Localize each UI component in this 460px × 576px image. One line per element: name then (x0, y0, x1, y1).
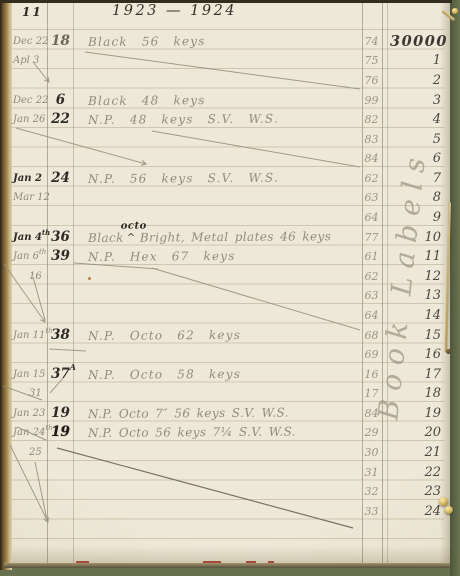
ledger-row: Jan 24th19N.P. Octo 56 keys 7¼ S.V. W.S.… (0, 424, 460, 443)
entry-date-text: Jan 26 (13, 114, 45, 125)
entry-description: N.P. Octo 7″ 56 keys S.V. W.S. (88, 404, 362, 423)
tally-number: 22 (389, 464, 445, 481)
entry-date-text: Dec 22 (13, 95, 48, 106)
entry-item-number-text: 36 (51, 229, 70, 245)
entry-item-number: 39 (48, 248, 73, 265)
tally-number: 14 (389, 307, 445, 324)
entry-date: Jan 15 (13, 366, 49, 383)
tally-number: 13 (389, 287, 445, 304)
entry-description: N.P. 56 keys S.V. W.S. (88, 169, 362, 188)
serial-number: 16 (361, 366, 382, 383)
tally-number: 4 (389, 111, 445, 128)
serial-number: 74 (361, 33, 382, 50)
entry-description-text: N.P. Octo 7″ 56 keys S.V. W.S. (88, 405, 289, 420)
entry-description: N.P. Octo 58 keys (88, 365, 362, 384)
entry-date: Jan 11th (13, 327, 49, 345)
stain-dot (88, 277, 91, 280)
serial-number: 64 (361, 307, 382, 324)
ledger-row: 3223 (0, 483, 460, 502)
ball-pin (439, 497, 448, 506)
entry-description: Black 48 keys (88, 91, 362, 110)
serial-number: 30 (361, 444, 382, 461)
serial-number: 31 (361, 464, 382, 481)
entry-date: Jan 23 (13, 405, 49, 422)
entry-item-number-text: 22 (51, 111, 70, 127)
entry-date: 16 (13, 268, 65, 285)
entry-date-ordinal: th (39, 248, 46, 256)
entry-date-text: 16 (29, 271, 42, 282)
serial-number: 75 (361, 52, 382, 69)
serial-number: 84 (361, 150, 382, 167)
page-top-edge (0, 0, 452, 3)
serial-number: 83 (361, 131, 382, 148)
serial-number: 68 (361, 327, 382, 344)
ledger-row: 311718 (0, 385, 460, 404)
tally-number: 6 (389, 150, 445, 167)
entry-date: Dec 22 (13, 92, 49, 109)
entry-description: N.P. Octo 62 keys (88, 326, 362, 345)
entry-item-number: 19 (48, 405, 73, 422)
entry-item-number: 6 (48, 92, 73, 109)
ledger-row: 762 (0, 72, 460, 91)
tally-number: 30000 (389, 33, 442, 50)
entry-date: Jan 4th (13, 229, 49, 246)
serial-number: 29 (361, 424, 382, 441)
tally-number: 3 (389, 92, 445, 109)
entry-item-correction: A (70, 359, 76, 376)
entry-item-number: 19 (48, 424, 73, 441)
entry-item-number: 18 (48, 33, 73, 50)
tally-number: 24 (389, 503, 445, 520)
entry-item-number: 38 (48, 327, 73, 344)
entry-item-number-text: 39 (51, 248, 70, 264)
entry-date-text: Jan 23 (13, 408, 45, 419)
ledger-row: Jan 224N.P. 56 keys S.V. W.S.627 (0, 170, 460, 189)
entry-description: N.P. 48 keys S.V. W.S. (88, 110, 362, 129)
entry-description: N.P. Hex 67 keys (88, 247, 362, 266)
entry-description-text: Black 48 keys (88, 93, 206, 108)
serial-number: 77 (361, 229, 382, 246)
entry-description-text: N.P. Octo 62 keys (88, 327, 241, 342)
entry-date-text: Dec 22 (13, 36, 48, 47)
tally-number: 10 (389, 229, 445, 246)
tally-number: 11 (389, 248, 445, 265)
ledger-row: Jan 11th38N.P. Octo 62 keys6815 (0, 327, 460, 346)
entry-description-text: N.P. 56 keys S.V. W.S. (88, 170, 279, 185)
tally-number: 19 (389, 405, 445, 422)
entry-description: N.P. Octo 56 keys 7¼ S.V. W.S. (88, 423, 362, 442)
tally-number: 17 (389, 366, 445, 383)
entry-description-text: Bright, Metal plates 46 keys (140, 229, 332, 244)
ledger-row: Dec 2218Black 56 keys7430000 (0, 33, 460, 52)
inline-insertion: octo^ (124, 231, 140, 241)
entry-date: Jan 2 (13, 170, 49, 187)
ledger-row: 846 (0, 150, 460, 169)
entry-item-number: 36 (48, 229, 73, 246)
entry-date: Jan 26 (13, 111, 49, 128)
ledger-row: 253021 (0, 444, 460, 463)
serial-number: 62 (361, 170, 382, 187)
serial-number: 63 (361, 189, 382, 206)
entry-date-text: 25 (29, 447, 42, 458)
entry-description: Blackocto^Bright, Metal plates 46 keys (88, 228, 362, 247)
entry-item-number-text: 19 (51, 424, 70, 440)
serial-number: 69 (361, 346, 382, 363)
ledger-row: Jan 2319N.P. Octo 7″ 56 keys S.V. W.S.84… (0, 405, 460, 424)
ledger-row: Jan 2622N.P. 48 keys S.V. W.S.824 (0, 111, 460, 130)
entry-date: Mar 12 (13, 189, 49, 206)
entry-item-number: 24 (48, 170, 73, 187)
tally-number: 5 (389, 131, 445, 148)
ledger-row: 3122 (0, 464, 460, 483)
tally-number: 16 (389, 346, 445, 363)
page-number: 11 (22, 5, 43, 19)
ledger-row: 6414 (0, 307, 460, 326)
ledger-row: 835 (0, 131, 460, 150)
entry-item-number-text: 38 (51, 327, 70, 343)
tally-number: 20 (389, 424, 445, 441)
ledger-row: Jan 4th36Blackocto^Bright, Metal plates … (0, 229, 460, 248)
scan-background-right (450, 0, 460, 576)
entry-date-text: Mar 12 (13, 192, 50, 203)
serial-number: 32 (361, 483, 382, 500)
tally-number: 1 (389, 52, 445, 69)
entry-item-number: 22 (48, 111, 73, 128)
corner-pin-head (452, 8, 458, 14)
entry-item-number-text: 37 (51, 366, 70, 382)
serial-number: 62 (361, 268, 382, 285)
ledger-row: Apl 3751 (0, 52, 460, 71)
entry-description-text: N.P. Hex 67 keys (88, 249, 236, 264)
ball-pin (445, 506, 453, 514)
tally-number: 12 (389, 268, 445, 285)
tally-number: 2 (389, 72, 445, 89)
entry-date-text: Jan 2 (13, 173, 42, 184)
entry-date: 25 (13, 444, 65, 461)
entry-date-text: 31 (29, 388, 42, 399)
ledger-row: 649 (0, 209, 460, 228)
entry-date-text: Apl 3 (13, 55, 39, 66)
tally-number: 15 (389, 327, 445, 344)
entry-date: Apl 3 (13, 52, 49, 69)
ledger-row: Dec 226Black 48 keys993 (0, 92, 460, 111)
entry-date: Dec 22 (13, 33, 49, 50)
page-title-years: 1923 — 1924 (112, 3, 237, 19)
entry-item-number-text: 19 (51, 405, 70, 421)
entry-description-text: N.P. Octo 56 keys 7¼ S.V. W.S. (88, 425, 296, 440)
tally-number: 8 (389, 189, 445, 206)
entry-date-text: Jan 4 (13, 232, 42, 243)
entry-date: Jan 6th (13, 248, 49, 266)
entry-description-text: Black 56 keys (88, 34, 206, 49)
serial-number: 84 (361, 405, 382, 422)
serial-number: 64 (361, 209, 382, 226)
tally-number: 21 (389, 444, 445, 461)
tally-number: 9 (389, 209, 445, 226)
ledger-row: Jan 1537AN.P. Octo 58 keys1617 (0, 366, 460, 385)
serial-number: 17 (361, 385, 382, 402)
entry-date-text: Jan 24 (13, 427, 45, 438)
entry-item-number-text: 6 (56, 92, 65, 108)
tally-number: 18 (389, 385, 445, 402)
entry-date: Jan 24th (13, 424, 49, 442)
entry-description-text: N.P. 48 keys S.V. W.S. (88, 112, 279, 127)
entry-date-text: Jan 11 (13, 330, 45, 341)
entry-item-number-text: 18 (51, 33, 70, 49)
entry-description-text: N.P. Octo 58 keys (88, 367, 241, 382)
serial-number: 76 (361, 72, 382, 89)
entry-description: Black 56 keys (88, 32, 362, 51)
ledger-row: Jan 6th39N.P. Hex 67 keys6111 (0, 248, 460, 267)
ledger-row: 6313 (0, 287, 460, 306)
entry-item-number: 37A (48, 366, 73, 383)
entry-description-text: Black (88, 230, 124, 244)
serial-number: 82 (361, 111, 382, 128)
serial-number: 99 (361, 92, 382, 109)
page-bottom-edge (4, 563, 450, 568)
entry-date: 31 (13, 385, 65, 402)
serial-number: 63 (361, 287, 382, 304)
hat-pin-head (446, 349, 451, 354)
insertion-caret: ^ (127, 229, 136, 246)
ledger-row: 3324 (0, 503, 460, 522)
serial-number: 61 (361, 248, 382, 265)
tally-number: 7 (389, 170, 445, 187)
ledger-row: 166212 (0, 268, 460, 287)
entry-date-text: Jan 15 (13, 369, 45, 380)
entry-date-text: Jan 6 (13, 251, 39, 262)
ledger-row: Mar 12638 (0, 189, 460, 208)
tally-number: 23 (389, 483, 445, 500)
scanned-ledger-page: Book Labels 11 1923 — 1924 Dec 2218B (0, 0, 460, 576)
serial-number: 33 (361, 503, 382, 520)
entry-item-number-text: 24 (51, 170, 70, 186)
